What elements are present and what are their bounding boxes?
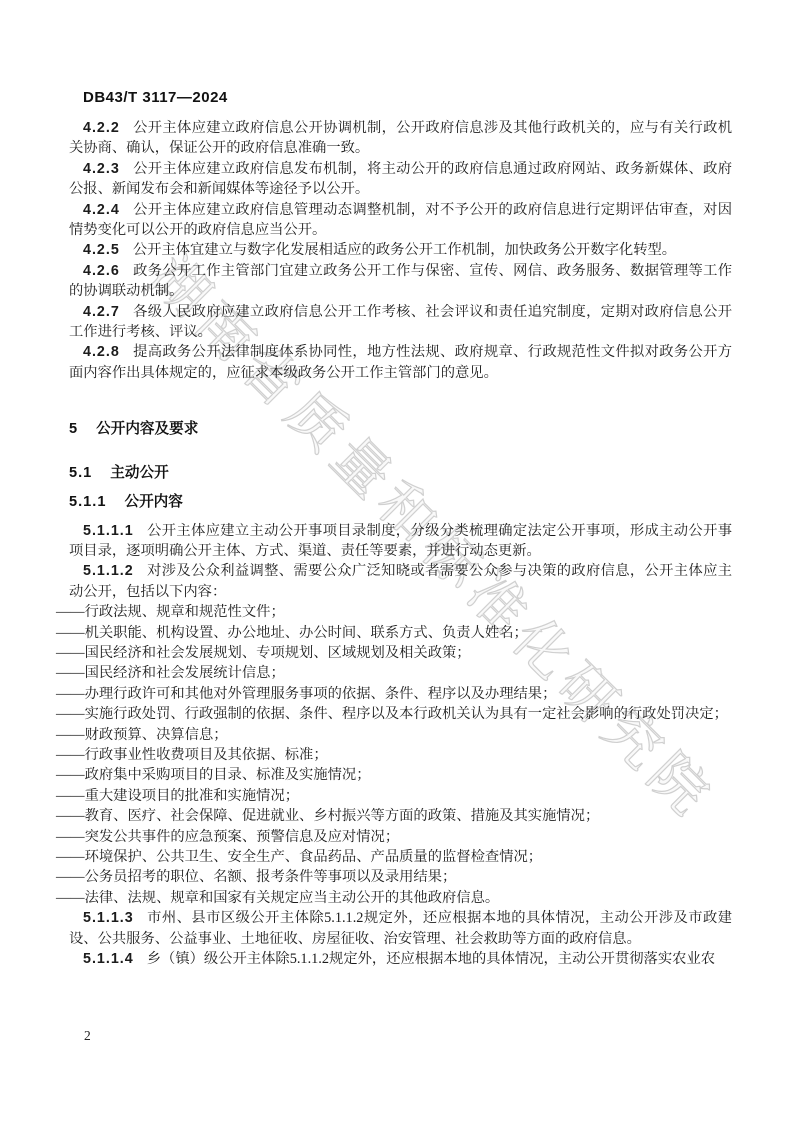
list-item: ——行政法规、规章和规范性文件； xyxy=(69,602,732,622)
standard-code-header: DB43/T 3117—2024 xyxy=(83,89,228,106)
clause-5-1-1-3: 5.1.1.3市州、县市区级公开主体除5.1.1.2规定外，还应根据本地的具体情… xyxy=(69,908,732,949)
clause-text: 公开主体应建立主动公开事项目录制度，分级分类梳理确定法定公开事项，形成主动公开事… xyxy=(69,523,732,559)
list-item: ——突发公共事件的应急预案、预警信息及应对情况； xyxy=(69,827,732,847)
clause-number: 4.2.8 xyxy=(83,344,120,360)
clause-number: 5.1.1.3 xyxy=(83,910,134,926)
list-item: ——实施行政处罚、行政强制的依据、条件、程序以及本行政机关认为具有一定社会影响的… xyxy=(69,704,732,724)
clause-number: 5.1.1.1 xyxy=(83,523,134,539)
clause-text: 公开主体应建立政府信息发布机制，将主动公开的政府信息通过政府网站、政务新媒体、政… xyxy=(69,161,732,197)
list-item: ——重大建设项目的批准和实施情况； xyxy=(69,786,732,806)
clause-number: 4.2.5 xyxy=(83,242,120,258)
clause-5-1-1-2: 5.1.1.2对涉及公众利益调整、需要公众广泛知晓或者需要公众参与决策的政府信息… xyxy=(69,561,732,602)
clause-4-2-5: 4.2.5公开主体宜建立与数字化发展相适应的政务公开工作机制，加快政务公开数字化… xyxy=(69,240,732,260)
clause-text: 对涉及公众利益调整、需要公众广泛知晓或者需要公众参与决策的政府信息，公开主体应主… xyxy=(69,563,732,599)
clause-text: 各级人民政府应建立政府信息公开工作考核、社会评议和责任追究制度，定期对政府信息公… xyxy=(69,304,732,340)
clause-text: 公开主体应建立政府信息管理动态调整机制，对不予公开的政府信息进行定期评估审查，对… xyxy=(69,202,732,238)
list-item: ——环境保护、公共卫生、安全生产、食品药品、产品质量的监督检查情况； xyxy=(69,847,732,867)
clause-4-2-6: 4.2.6政务公开工作主管部门宜建立政务公开工作与保密、宣传、网信、政务服务、数… xyxy=(69,261,732,302)
section-title: 公开内容及要求 xyxy=(96,421,198,437)
clause-4-2-3: 4.2.3公开主体应建立政府信息发布机制，将主动公开的政府信息通过政府网站、政务… xyxy=(69,159,732,200)
clause-5-1-1-4: 5.1.1.4乡（镇）级公开主体除5.1.1.2规定外，还应根据本地的具体情况，… xyxy=(69,949,732,969)
list-item: ——公务员招考的职位、名额、报考条件等事项以及录用结果； xyxy=(69,867,732,887)
list-item: ——政府集中采购项目的目录、标准及实施情况； xyxy=(69,765,732,785)
document-body: 4.2.2公开主体应建立政府信息公开协调机制，公开政府信息涉及其他行政机关的，应… xyxy=(69,118,732,969)
section-heading-5-1-1: 5.1.1公开内容 xyxy=(69,492,732,512)
clause-number: 4.2.7 xyxy=(83,304,120,320)
list-item: ——法律、法规、规章和国家有关规定应当主动公开的其他政府信息。 xyxy=(69,888,732,908)
clause-text: 公开主体应建立政府信息公开协调机制，公开政府信息涉及其他行政机关的，应与有关行政… xyxy=(69,120,732,156)
clause-4-2-2: 4.2.2公开主体应建立政府信息公开协调机制，公开政府信息涉及其他行政机关的，应… xyxy=(69,118,732,159)
section-number: 5.1 xyxy=(69,465,92,481)
section-number: 5 xyxy=(69,421,78,437)
clause-text: 乡（镇）级公开主体除5.1.1.2规定外，还应根据本地的具体情况，主动公开贯彻落… xyxy=(147,951,715,967)
clause-number: 4.2.4 xyxy=(83,202,120,218)
list-item: ——国民经济和社会发展规划、专项规划、区域规划及相关政策； xyxy=(69,643,732,663)
clause-4-2-7: 4.2.7各级人民政府应建立政府信息公开工作考核、社会评议和责任追究制度，定期对… xyxy=(69,302,732,343)
clause-4-2-8: 4.2.8提高政务公开法律制度体系协同性，地方性法规、政府规章、行政规范性文件拟… xyxy=(69,342,732,383)
clause-text: 公开主体宜建立与数字化发展相适应的政务公开工作机制，加快政务公开数字化转型。 xyxy=(133,242,676,258)
section-title: 主动公开 xyxy=(110,465,168,481)
list-item: ——财政预算、决算信息； xyxy=(69,725,732,745)
clause-number: 4.2.3 xyxy=(83,161,120,177)
list-item: ——国民经济和社会发展统计信息； xyxy=(69,663,732,683)
list-item: ——机关职能、机构设置、办公地址、办公时间、联系方式、负责人姓名； xyxy=(69,623,732,643)
clause-4-2-4: 4.2.4公开主体应建立政府信息管理动态调整机制，对不予公开的政府信息进行定期评… xyxy=(69,200,732,241)
document-page: 湖南省质量和标准化研究院 DB43/T 3117—2024 4.2.2公开主体应… xyxy=(0,0,794,1122)
clause-text: 市州、县市区级公开主体除5.1.1.2规定外，还应根据本地的具体情况，主动公开涉… xyxy=(69,910,732,946)
clause-5-1-1-1: 5.1.1.1公开主体应建立主动公开事项目录制度，分级分类梳理确定法定公开事项，… xyxy=(69,521,732,562)
clause-number: 4.2.2 xyxy=(83,120,120,136)
clause-text: 提高政务公开法律制度体系协同性，地方性法规、政府规章、行政规范性文件拟对政务公开… xyxy=(69,344,732,380)
section-heading-5-1: 5.1主动公开 xyxy=(69,463,732,483)
clause-number: 5.1.1.4 xyxy=(83,951,134,967)
clause-text: 政务公开工作主管部门宜建立政务公开工作与保密、宣传、网信、政务服务、数据管理等工… xyxy=(69,263,732,299)
section-heading-5: 5公开内容及要求 xyxy=(69,419,732,439)
clause-number: 4.2.6 xyxy=(83,263,120,279)
list-item: ——行政事业性收费项目及其依据、标准； xyxy=(69,745,732,765)
clause-number: 5.1.1.2 xyxy=(83,563,134,579)
list-item: ——教育、医疗、社会保障、促进就业、乡村振兴等方面的政策、措施及其实施情况； xyxy=(69,806,732,826)
section-number: 5.1.1 xyxy=(69,494,106,510)
section-title: 公开内容 xyxy=(124,494,182,510)
page-number: 2 xyxy=(84,1028,91,1044)
list-item: ——办理行政许可和其他对外管理服务事项的依据、条件、程序以及办理结果； xyxy=(69,684,732,704)
